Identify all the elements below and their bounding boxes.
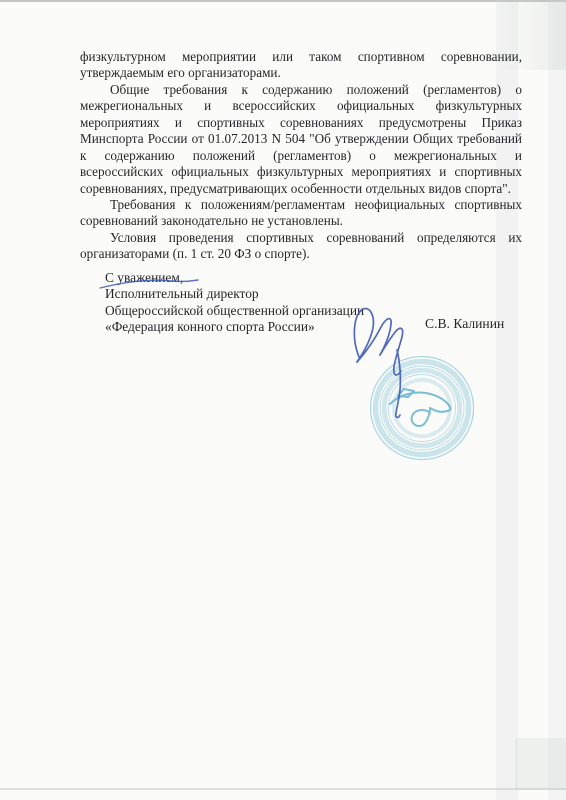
stamp-middle-ring [380, 366, 464, 450]
body-line: физкультурном мероприятии или таком спор… [80, 49, 522, 65]
round-stamp [371, 357, 474, 460]
scan-streak [548, 0, 566, 800]
body-line: всероссийских официальных физкультурных … [80, 164, 522, 180]
body-line: организаторами (п. 1 ст. 20 ФЗ о спорте)… [80, 246, 522, 262]
scan-edge-top [0, 0, 566, 2]
stamp-inner-ring [389, 375, 456, 442]
scan-shadow-patch [515, 738, 566, 790]
salutation: С уважением, [105, 270, 364, 286]
body-line: межрегиональных и всероссийских официаль… [80, 98, 522, 114]
body-line: соревнований законодательно не установле… [80, 213, 522, 229]
scan-edge-bottom [0, 788, 566, 790]
body-line: Условия проведения спортивных соревнован… [80, 230, 522, 246]
body-line: соревнованиях, предусматривающих особенн… [80, 181, 522, 197]
body-line: Требования к положениям/регламентам неоф… [80, 197, 522, 213]
signer-position-line: Исполнительный директор [105, 286, 364, 302]
body-line: Минспорта России от 01.07.2013 N 504 "Об… [80, 131, 522, 147]
body-line: мероприятиях и спортивных соревнованиях … [80, 115, 522, 131]
signer-organization-line: Общероссийской общественной организации [105, 303, 364, 319]
stamp-microtext-ring [384, 370, 460, 446]
stamp-microtext-ring [394, 380, 450, 436]
body-line: утверждаемым его организаторами. [80, 65, 522, 81]
signature-block: С уважением, Исполнительный директор Общ… [105, 270, 364, 336]
letter-body-text: физкультурном мероприятии или таком спор… [80, 49, 522, 263]
signer-organization-name: «Федерация конного спорта России» [105, 319, 364, 335]
body-line: Общие требования к содержанию положений … [80, 82, 522, 98]
stamp-microtext-ring [376, 362, 469, 455]
stamp-outer-ring [371, 357, 474, 460]
scanned-letter-page: физкультурном мероприятии или таком спор… [0, 0, 566, 800]
body-line: к содержанию положений (регламентов) о м… [80, 148, 522, 164]
signer-name: С.В. Калинин [425, 316, 504, 332]
horse-head-icon [390, 389, 450, 426]
